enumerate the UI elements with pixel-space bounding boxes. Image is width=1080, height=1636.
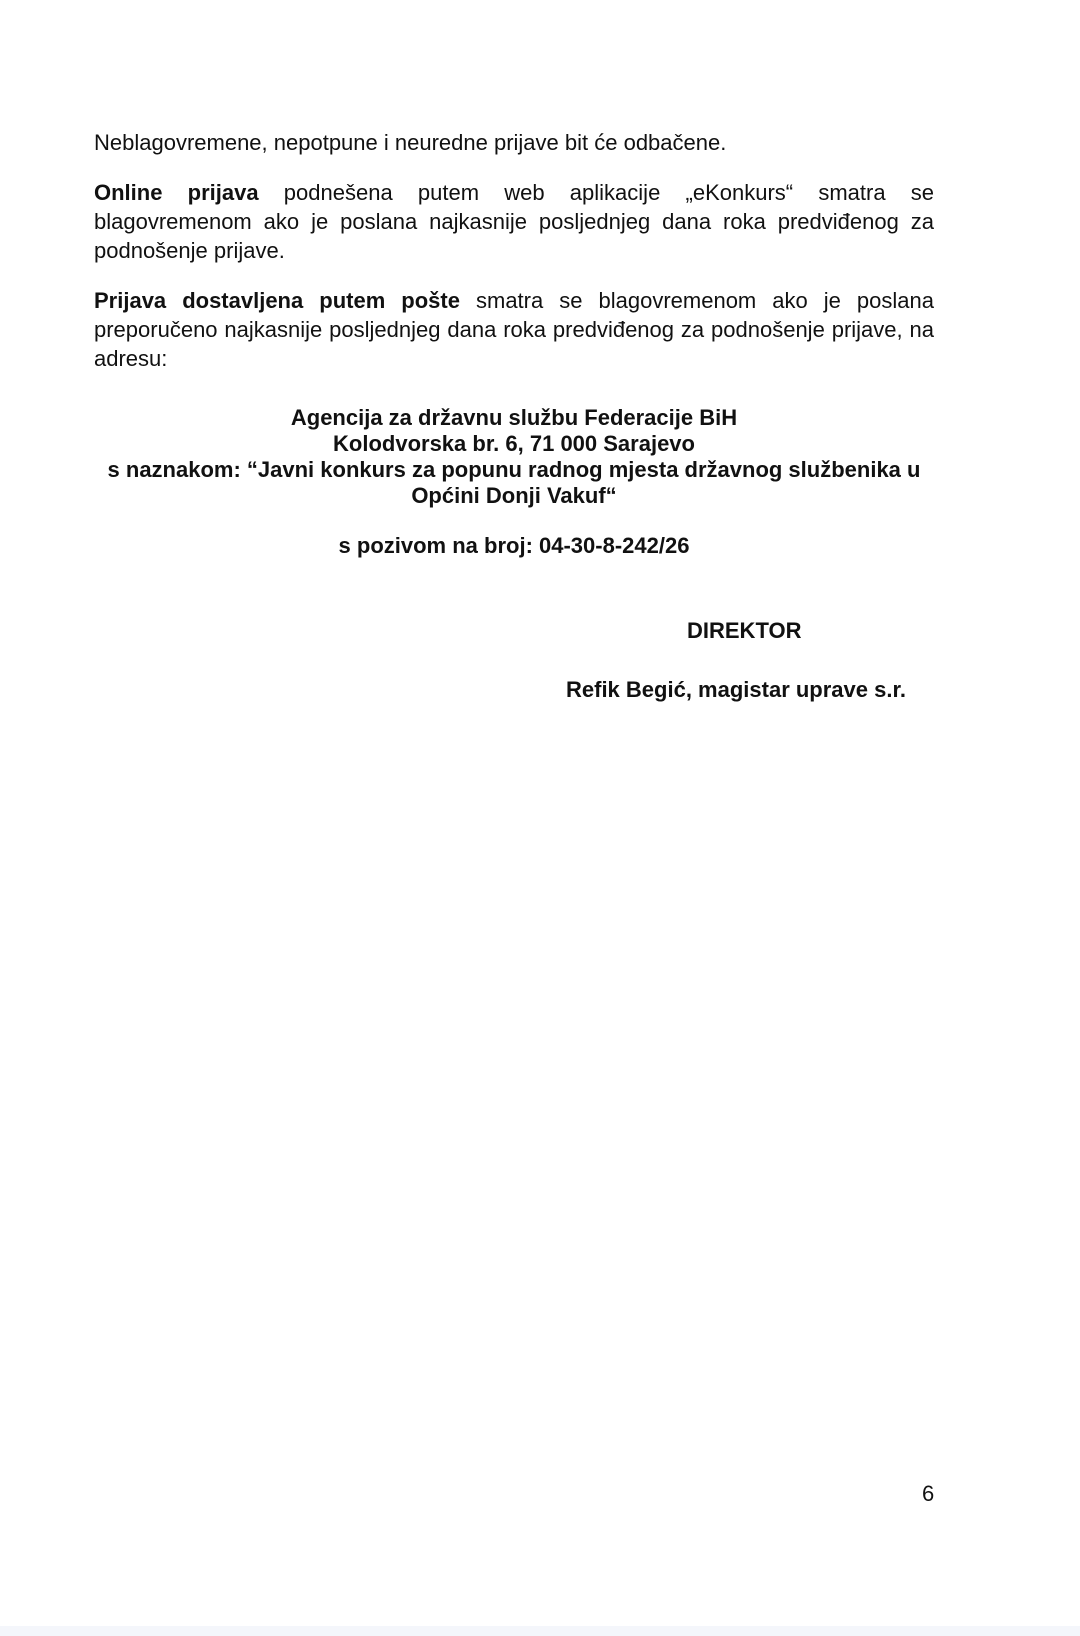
page-number: 6	[922, 1481, 934, 1507]
paragraph-text: Neblagovremene, nepotpune i neuredne pri…	[94, 130, 726, 155]
address-line: Općini Donji Vakuf“	[80, 483, 948, 509]
address-line: Kolodvorska br. 6, 71 000 Sarajevo	[80, 431, 948, 457]
signature-name: Refik Begić, magistar uprave s.r.	[566, 677, 906, 703]
paragraph-late-applications: Neblagovremene, nepotpune i neuredne pri…	[94, 128, 934, 157]
reference-number: s pozivom na broj: 04-30-8-242/26	[80, 533, 948, 559]
paragraph-online-application: Online prijava podnešena putem web aplik…	[94, 178, 934, 265]
paragraph-postal-application: Prijava dostavljena putem pošte smatra s…	[94, 286, 934, 373]
address-line: s naznakom: “Javni konkurs za popunu rad…	[80, 457, 948, 483]
signature-title: DIREKTOR	[687, 618, 802, 644]
address-block: Agencija za državnu službu Federacije Bi…	[80, 405, 948, 509]
viewer-bottom-edge	[0, 1626, 1080, 1636]
paragraph-bold-lead: Online prijava	[94, 180, 259, 205]
address-line: Agencija za državnu službu Federacije Bi…	[80, 405, 948, 431]
paragraph-bold-lead: Prijava dostavljena putem pošte	[94, 288, 460, 313]
document-page: Neblagovremene, nepotpune i neuredne pri…	[0, 0, 1080, 1626]
